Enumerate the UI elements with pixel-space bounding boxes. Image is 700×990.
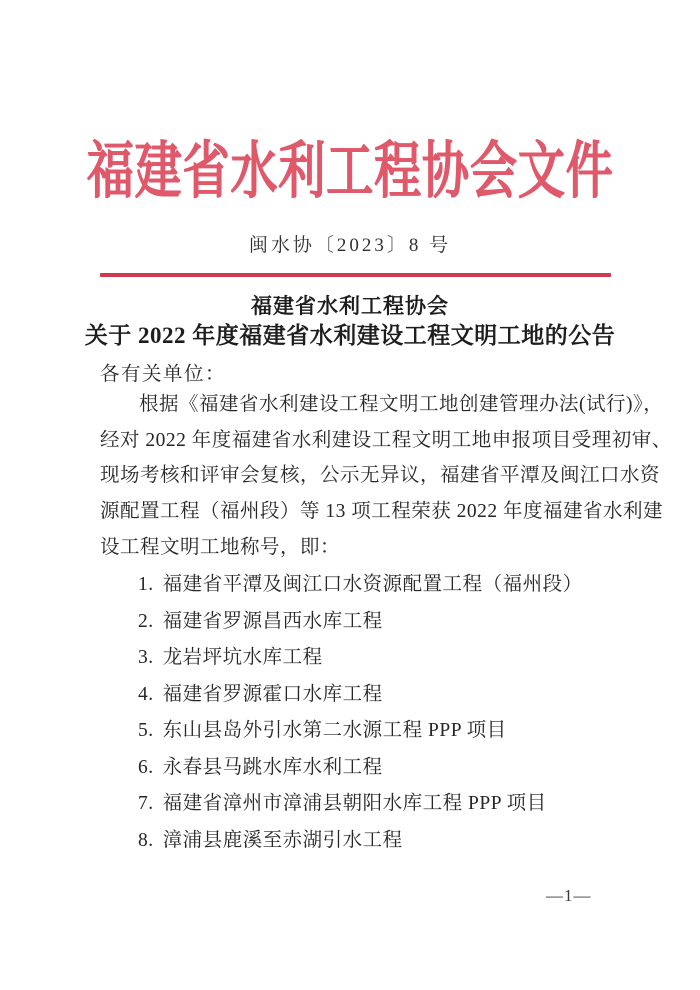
- list-item-text: 福建省罗源昌西水库工程: [163, 611, 383, 632]
- list-item-number: 1.: [138, 567, 154, 604]
- paragraph-line: 源配置工程（福州段）等 13 项工程荣获 2022 年度福建省水利建: [100, 494, 611, 530]
- list-item-text: 福建省罗源霍口水库工程: [163, 684, 383, 705]
- list-item: 3.龙岩坪坑水库工程: [100, 640, 611, 677]
- list-item: 8.漳浦县鹿溪至赤湖引水工程: [100, 823, 611, 860]
- body-paragraph: 根据《福建省水利建设工程文明工地创建管理办法(试行)》， 经对 2022 年度福…: [100, 387, 611, 565]
- org-title: 福建省水利工程协会: [0, 290, 700, 320]
- paragraph-line: 现场考核和评审会复核，公示无异议，福建省平潭及闽江口水资: [100, 458, 611, 494]
- list-item-text: 龙岩坪坑水库工程: [163, 647, 323, 668]
- project-list: 1.福建省平潭及闽江口水资源配置工程（福州段） 2.福建省罗源昌西水库工程 3.…: [100, 567, 611, 859]
- list-item-text: 东山县岛外引水第二水源工程 PPP 项目: [163, 720, 507, 741]
- list-item: 5.东山县岛外引水第二水源工程 PPP 项目: [100, 713, 611, 750]
- list-item-number: 4.: [138, 677, 154, 714]
- list-item: 4.福建省罗源霍口水库工程: [100, 677, 611, 714]
- list-item-text: 福建省平潭及闽江口水资源配置工程（福州段）: [163, 574, 583, 595]
- header-divider-line: [100, 273, 611, 277]
- list-item: 6.永春县马跳水库水利工程: [100, 750, 611, 787]
- page-number: —1—: [546, 886, 592, 906]
- subject-title: 关于 2022 年度福建省水利建设工程文明工地的公告: [0, 317, 700, 350]
- list-item-number: 5.: [138, 713, 154, 750]
- list-item-number: 7.: [138, 786, 154, 823]
- salutation: 各有关单位：: [100, 358, 611, 386]
- document-masthead: 福建省水利工程协会文件: [84, 138, 616, 206]
- paragraph-line: 设工程文明工地称号，即：: [100, 530, 611, 566]
- list-item: 2.福建省罗源昌西水库工程: [100, 604, 611, 641]
- list-item-text: 永春县马跳水库水利工程: [163, 757, 383, 778]
- list-item-number: 2.: [138, 604, 154, 641]
- paragraph-line: 根据《福建省水利建设工程文明工地创建管理办法(试行)》，: [100, 387, 611, 423]
- list-item: 7.福建省漳州市漳浦县朝阳水库工程 PPP 项目: [100, 786, 611, 823]
- list-item-text: 福建省漳州市漳浦县朝阳水库工程 PPP 项目: [163, 793, 547, 814]
- list-item-number: 3.: [138, 640, 154, 677]
- document-number: 闽水协〔2023〕8 号: [0, 230, 700, 257]
- list-item: 1.福建省平潭及闽江口水资源配置工程（福州段）: [100, 567, 611, 604]
- list-item-text: 漳浦县鹿溪至赤湖引水工程: [163, 830, 403, 851]
- document-page: 福建省水利工程协会文件 闽水协〔2023〕8 号 福建省水利工程协会 关于 20…: [0, 0, 700, 990]
- paragraph-line: 经对 2022 年度福建省水利建设工程文明工地申报项目受理初审、: [100, 423, 611, 459]
- list-item-number: 8.: [138, 823, 154, 860]
- list-item-number: 6.: [138, 750, 154, 787]
